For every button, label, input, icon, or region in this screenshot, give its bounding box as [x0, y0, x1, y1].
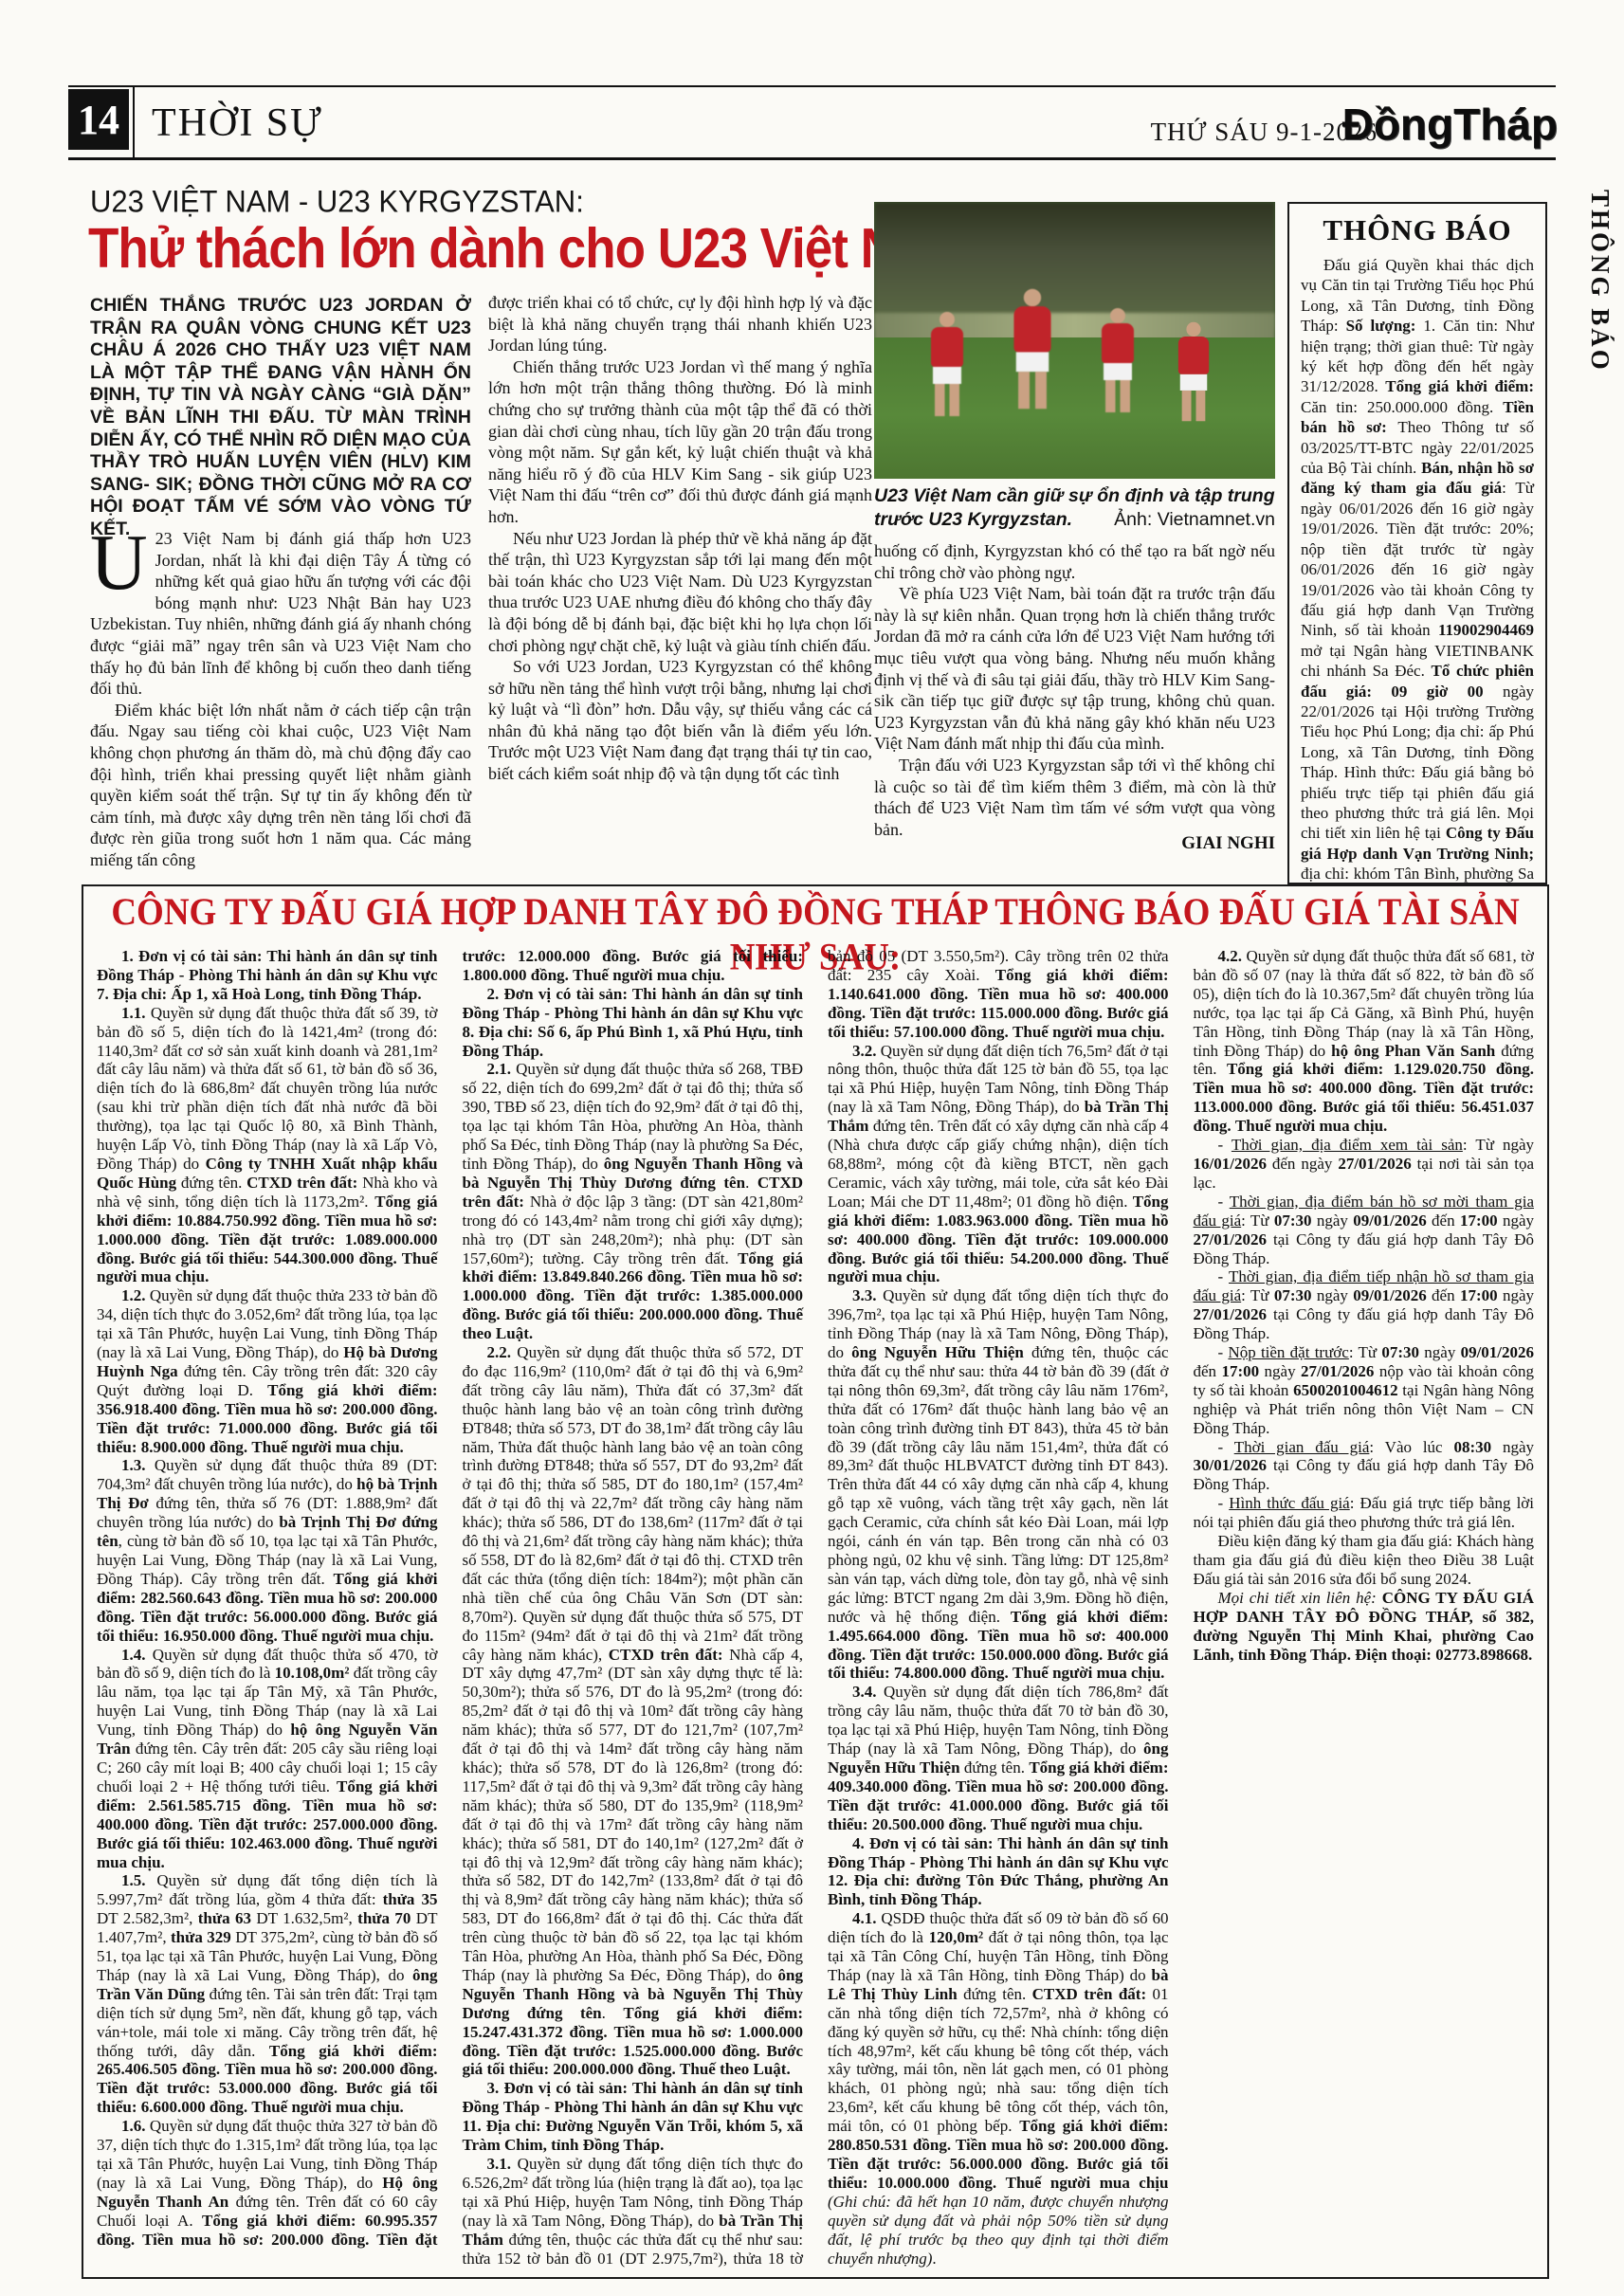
- auction-paragraph: 2.1. Quyền sử dụng đất thuộc thửa số 268…: [463, 1060, 804, 1343]
- auction-paragraph: - Thời gian, địa điểm bán hồ sơ mời tham…: [1194, 1193, 1535, 1268]
- photo-credit: Ảnh: Vietnamnet.vn: [1114, 508, 1275, 532]
- auction-paragraph: 3.2. Quyền sử dụng đất diện tích 76,5m² …: [828, 1042, 1169, 1287]
- auction-paragraph: 2. Đơn vị có tài sản: Thi hành án dân sự…: [463, 985, 804, 1061]
- player-figure: [1013, 289, 1050, 410]
- article-paragraph: Chiến thắng trước U23 Jordan vì thế mang…: [488, 356, 872, 528]
- article-column-1: U23 Việt Nam bị đánh giá thấp hơn U23 Jo…: [90, 528, 471, 871]
- header-divider: [133, 87, 135, 159]
- article-kicker: U23 VIỆT NAM - U23 KYRGYZSTAN:: [90, 184, 584, 220]
- photo-crowd-background: [874, 202, 1275, 329]
- auction-paragraph: 4. Đơn vị có tài sản: Thi hành án dân sự…: [828, 1834, 1169, 1910]
- newspaper-page: { "page": { "number": "14", "section": "…: [0, 0, 1624, 2296]
- notice-text: Đấu giá Quyền khai thác dịch vụ Căn tin …: [1301, 255, 1534, 924]
- page-number: 14: [78, 96, 119, 144]
- auction-section: CÔNG TY ĐẤU GIÁ HỢP DANH TÂY ĐÔ ĐỒNG THÁ…: [82, 884, 1549, 2279]
- article-paragraph: Nếu như U23 Jordan là phép thử về khả nă…: [488, 528, 872, 657]
- notice-body: Đấu giá Quyền khai thác dịch vụ Căn tin …: [1289, 255, 1545, 924]
- article-lead: CHIẾN THẮNG TRƯỚC U23 JORDAN Ở TRẬN RA Q…: [90, 295, 471, 541]
- page-edge-section-label: THÔNG BÁO: [1585, 190, 1615, 373]
- article-column-2: được triển khai có tổ chức, cự ly đội hì…: [488, 292, 872, 785]
- auction-paragraph: 3.4. Quyền sử dụng đất diện tích 786,8m²…: [828, 1683, 1169, 1833]
- auction-text-columns: 1. Đơn vị có tài sản: Thi hành án dân sự…: [97, 947, 1534, 2269]
- auction-paragraph: 4.2. Quyền sử dụng đất thuộc thửa đất số…: [1194, 947, 1535, 1136]
- drop-cap: U: [90, 528, 155, 594]
- auction-paragraph: 4.1. QSDĐ thuộc thửa đất số 09 tờ bản đồ…: [828, 1909, 1169, 2268]
- notice-title: THÔNG BÁO: [1289, 213, 1545, 247]
- auction-paragraph: 1.3. Quyền sử dụng đất thuộc thửa 89 (DT…: [97, 1456, 438, 1645]
- auction-paragraph: 1. Đơn vị có tài sản: Thi hành án dân sự…: [97, 947, 438, 1004]
- notice-box: THÔNG BÁO Đấu giá Quyền khai thác dịch v…: [1287, 202, 1547, 884]
- header-top-rule: [68, 85, 1556, 87]
- article-paragraph: được triển khai có tổ chức, cự ly đội hì…: [488, 292, 872, 356]
- auction-paragraph: Mọi chi tiết xin liên hệ: CÔNG TY ĐẤU GI…: [1194, 1589, 1535, 1665]
- header-bottom-rule: [68, 157, 1556, 160]
- auction-paragraph: 1.1. Quyền sử dụng đất thuộc thửa đất số…: [97, 1004, 438, 1287]
- auction-paragraph: 3. Đơn vị có tài sản: Thi hành án dân sự…: [463, 2079, 804, 2155]
- player-figure: [931, 312, 963, 416]
- section-title: THỜI SỰ: [152, 100, 323, 146]
- photo-caption: U23 Việt Nam cần giữ sự ổn định và tập t…: [874, 484, 1275, 532]
- article-paragraph: huống cố định, Kyrgyzstan khó có thể tạo…: [874, 540, 1275, 583]
- page-number-box: 14: [68, 89, 129, 150]
- auction-paragraph: Điều kiện đăng ký tham gia đấu giá: Khác…: [1194, 1532, 1535, 1589]
- auction-paragraph: - Thời gian đấu giá: Vào lúc 08:30 ngày …: [1194, 1438, 1535, 1495]
- article-column-3: huống cố định, Kyrgyzstan khó có thể tạo…: [874, 540, 1275, 840]
- auction-paragraph: - Thời gian, địa điểm xem tài sản: Từ ng…: [1194, 1136, 1535, 1193]
- auction-paragraph: 1.2. Quyền sử dụng đất thuộc thửa 233 tờ…: [97, 1286, 438, 1456]
- auction-paragraph: - Thời gian, địa điểm tiếp nhận hồ sơ th…: [1194, 1267, 1535, 1343]
- article-paragraph: Về phía U23 Việt Nam, bài toán đặt ra tr…: [874, 583, 1275, 755]
- auction-paragraph: 2.2. Quyền sử dụng đất thuộc thửa số 572…: [463, 1343, 804, 2079]
- auction-paragraph: - Hình thức đấu giá: Đấu giá trực tiếp b…: [1194, 1494, 1535, 1532]
- article-paragraph: Điểm khác biệt lớn nhất nằm ở cách tiếp …: [90, 700, 471, 871]
- article-byline: GIAI NGHI: [874, 833, 1275, 854]
- player-figure: [1102, 308, 1134, 412]
- article-headline: Thử thách lớn dành cho U23 Việt Nam: [88, 216, 875, 281]
- auction-paragraph: 1.4. Quyền sử dụng đất thuộc thửa số 470…: [97, 1646, 438, 1872]
- newspaper-masthead: ĐồngTháp: [1342, 99, 1558, 150]
- match-photo: [874, 202, 1275, 479]
- auction-paragraph: 1.5. Quyền sử dụng đất tổng diện tích là…: [97, 1871, 438, 2117]
- article-paragraph: Trận đấu với U23 Kyrgyzstan sắp tới vì t…: [874, 755, 1275, 840]
- article-paragraph: So với U23 Jordan, U23 Kyrgyzstan có thể…: [488, 656, 872, 785]
- auction-paragraph: 3.3. Quyền sử dụng đất tổng diện tích th…: [828, 1286, 1169, 1683]
- auction-paragraph: - Nộp tiền đặt trước: Từ 07:30 ngày 09/0…: [1194, 1343, 1535, 1438]
- article-paragraph: U23 Việt Nam bị đánh giá thấp hơn U23 Jo…: [90, 528, 471, 700]
- player-figure: [1178, 322, 1209, 422]
